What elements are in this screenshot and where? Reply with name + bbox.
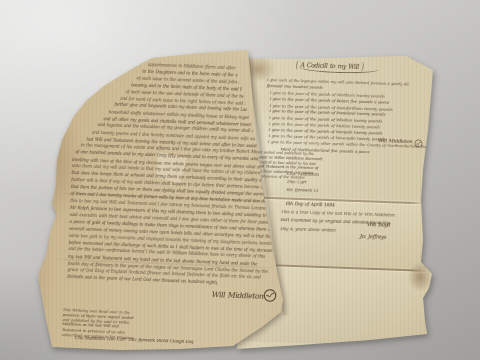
manuscript-left-page: appurtenances to Middleton ffarm and aft… [0,0,480,360]
seal-mark-will [262,287,278,304]
will-body-text: appurtenances to Middleton ffarm and aft… [76,59,280,67]
left-sheet-shadow: appurtenances to Middleton ffarm and aft… [0,0,480,360]
will-witness-line: Cha Middleton Tho: Carr Tho: ffenwick Ri… [75,336,221,346]
will-attestation: This Writeing was Read over in thepresen… [63,307,167,312]
signature-will-middleton-will: Will Middleton [212,290,264,301]
manuscript-photo: ( A Codicill to my Will ) I give such of… [0,0,480,360]
